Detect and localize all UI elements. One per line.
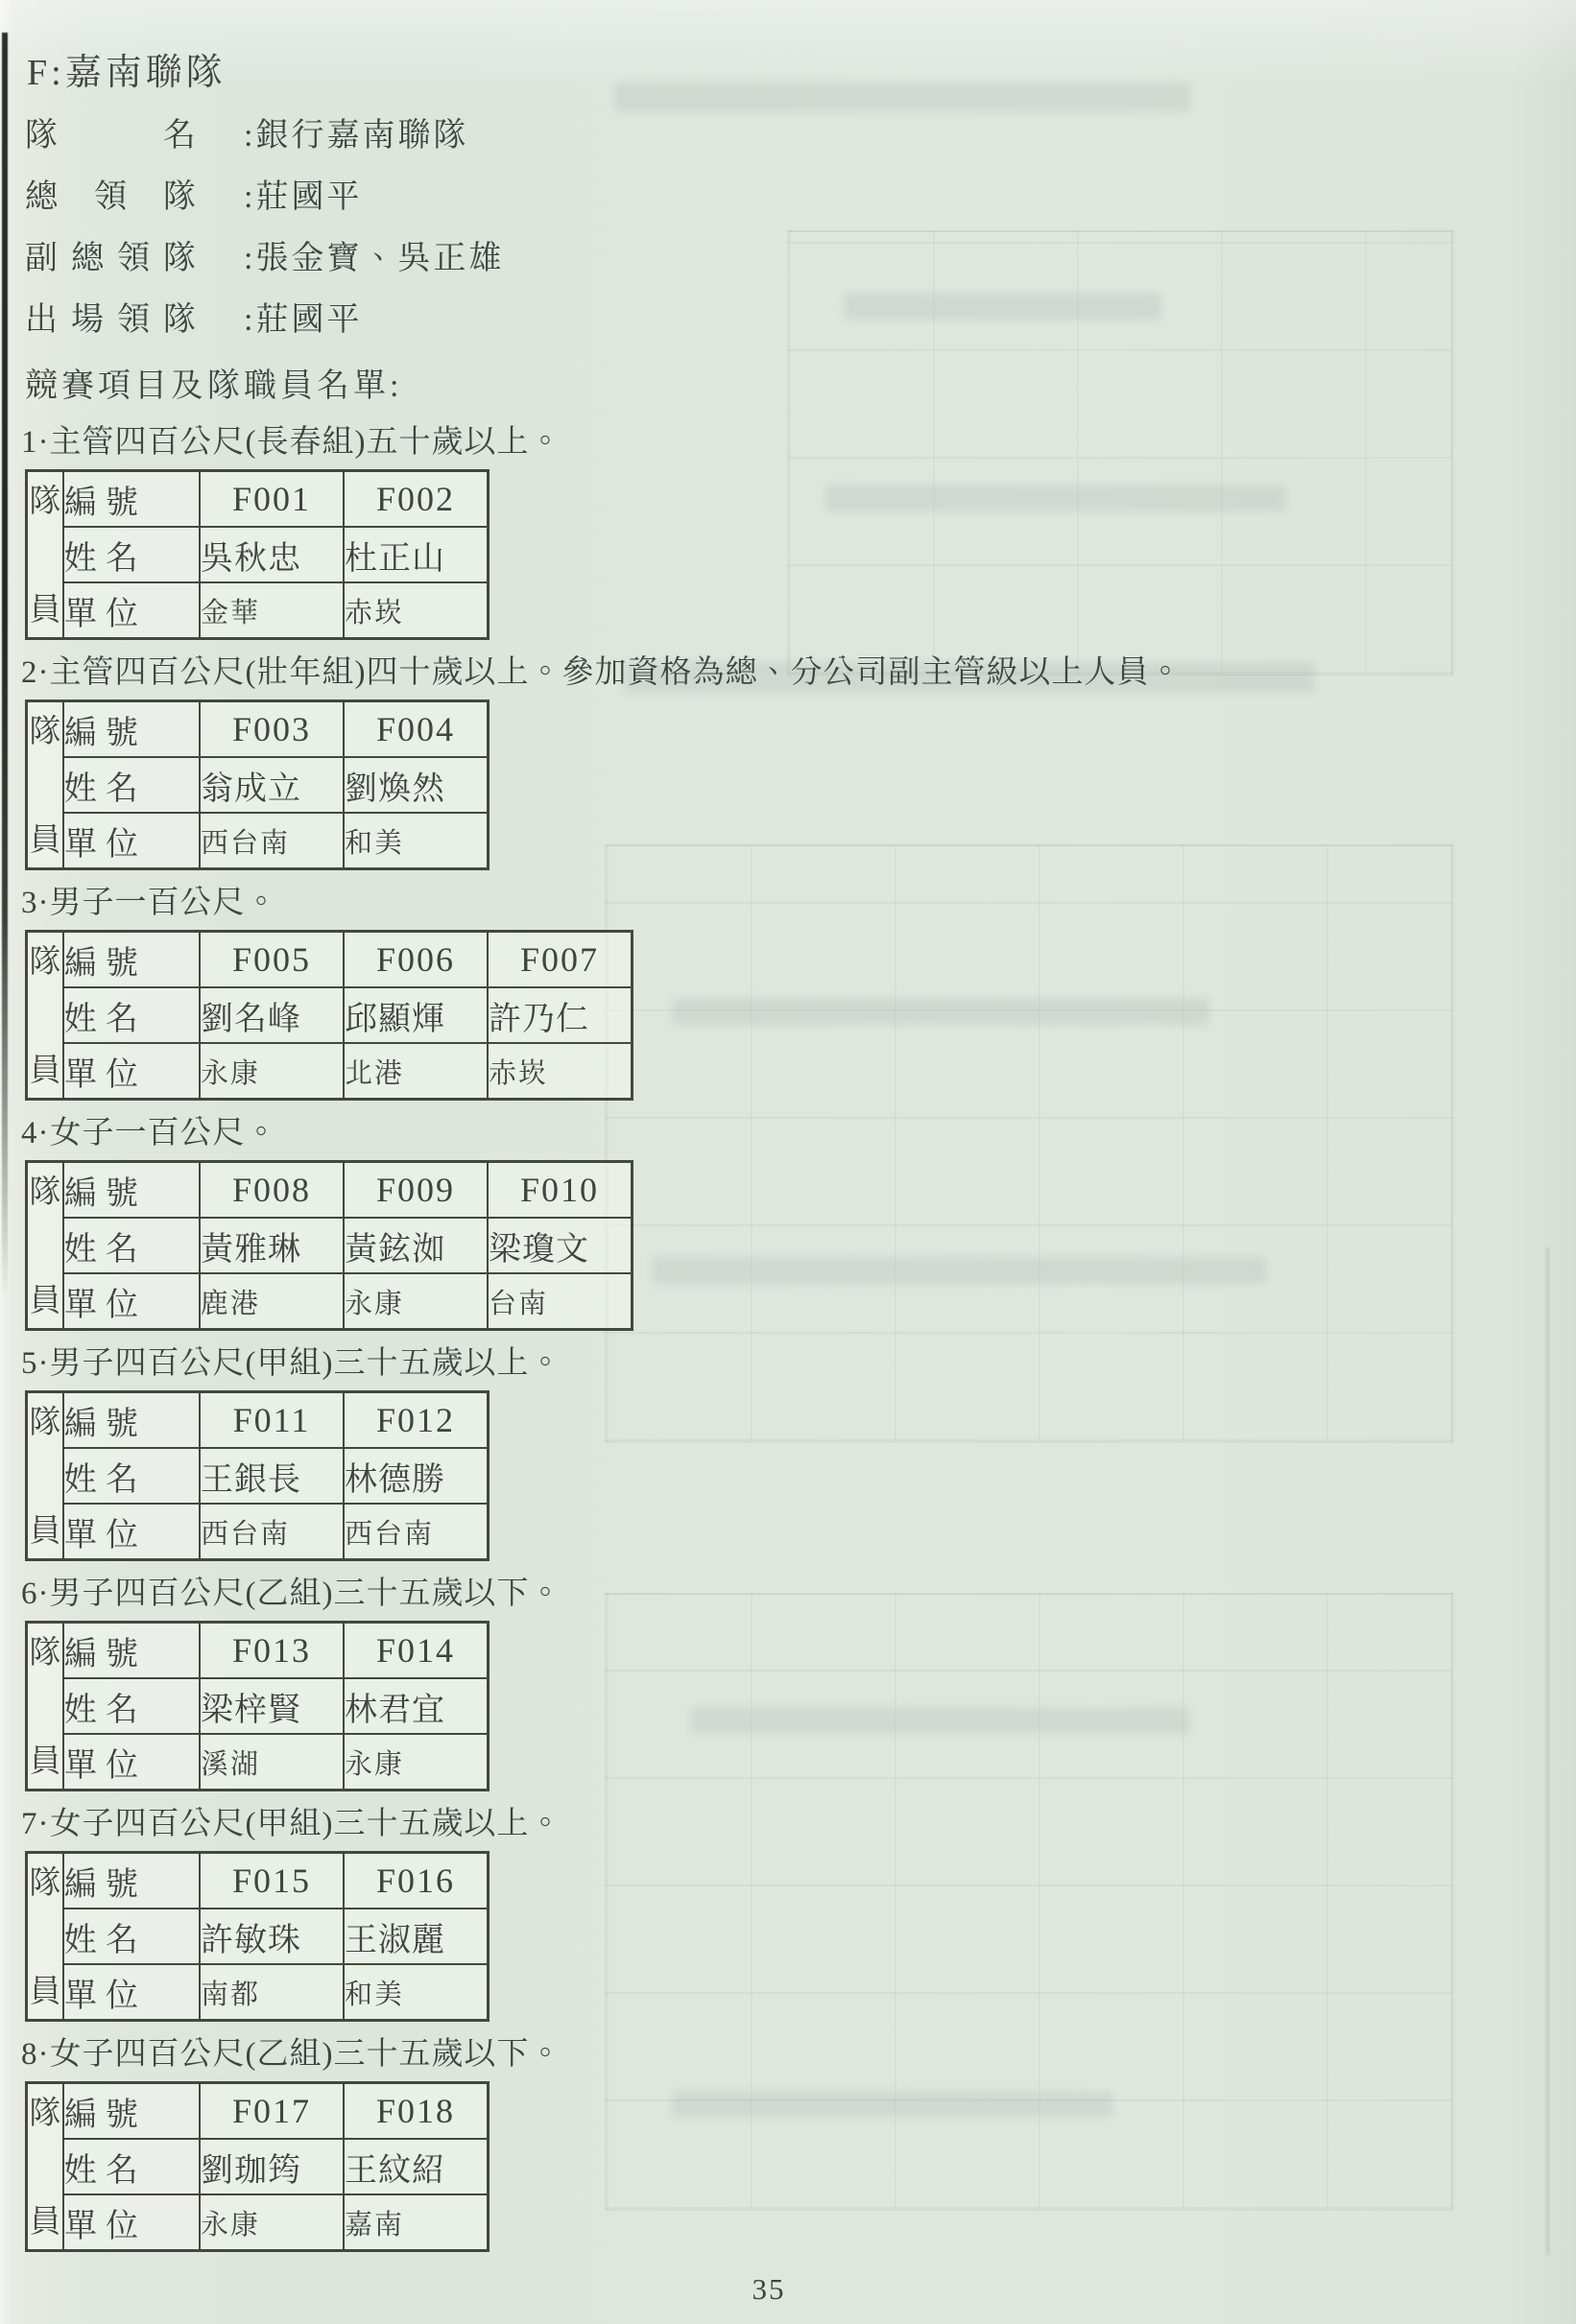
roster-table: 隊 員 編號 F013F014 姓名 梁梓賢林君宜 單位 溪湖永康 [25,1621,490,1791]
entry-id-cell: F006 [344,932,488,988]
row-label-unit: 單位 [63,1043,200,1100]
entry-unit-cell: 西台南 [200,1504,344,1560]
entry-unit-cell: 和美 [344,1964,489,2021]
entry-unit-cell: 西台南 [200,813,344,869]
event-heading: 8·女子四百公尺(乙組)三十五歲以下。 [21,2035,1538,2074]
header-field-row: 出場領隊 :莊國平 [25,293,1538,354]
event-heading: 3·男子一百公尺。 [21,884,1538,922]
entry-id-cell: F011 [200,1392,344,1449]
name-row: 姓名 王銀長林德勝 [27,1448,489,1504]
name-row: 姓名 劉名峰邱顯煇許乃仁 [27,987,633,1043]
entry-name-cell: 翁成立 [200,757,344,813]
row-label-unit: 單位 [63,1504,200,1560]
id-row: 隊 員 編號 F013F014 [27,1623,489,1679]
entry-unit-cell: 溪湖 [200,1734,344,1790]
entry-unit-cell: 嘉南 [344,2194,489,2251]
unit-row: 單位 鹿港永康台南 [27,1273,633,1330]
team-member-stack: 隊 員 [28,1393,62,1558]
entry-id-cell: F014 [344,1623,489,1679]
event-section: 1·主管四百公尺(長春組)五十歲以上。 隊 員 編號 F001F002 姓名 吳… [25,423,1538,640]
event-heading: 2·主管四百公尺(壯年組)四十歲以上。參加資格為總、分公司副主管級以上人員。 [21,653,1538,692]
event-sections: 1·主管四百公尺(長春組)五十歲以上。 隊 員 編號 F001F002 姓名 吳… [25,423,1538,2252]
row-label-id: 編號 [63,1162,200,1219]
name-row: 姓名 黃雅琳黃鉉洳梁瓊文 [27,1218,633,1273]
unit-row: 單位 永康嘉南 [27,2194,489,2251]
entry-name-cell: 許敏珠 [200,1909,344,1964]
event-section: 3·男子一百公尺。 隊 員 編號 F005F006F007 姓名 劉名峰邱顯煇許… [25,884,1538,1101]
event-heading: 4·女子一百公尺。 [21,1114,1538,1152]
id-row: 隊 員 編號 F003F004 [27,701,489,758]
entry-name-cell: 林君宜 [344,1678,489,1734]
row-label-unit: 單位 [63,2194,200,2251]
row-label-unit: 單位 [63,813,200,869]
entry-id-cell: F004 [344,701,489,758]
entry-id-cell: F015 [200,1853,344,1909]
member-char: 員 [30,1045,61,1090]
team-section-title: F:嘉南聯隊 [27,42,1538,95]
team-member-label-cell: 隊 員 [27,1162,64,1330]
member-char: 員 [30,1506,61,1551]
entry-name-cell: 杜正山 [344,527,489,582]
team-member-stack: 隊 員 [28,1163,62,1328]
entry-id-cell: F013 [200,1623,344,1679]
id-row: 隊 員 編號 F001F002 [27,471,489,528]
row-label-name: 姓名 [63,2139,200,2194]
entry-name-cell: 劉煥然 [344,757,489,813]
member-char: 員 [30,1275,61,1320]
event-heading: 1·主管四百公尺(長春組)五十歲以上。 [21,423,1538,462]
entry-id-cell: F008 [200,1162,344,1219]
entry-unit-cell: 赤崁 [344,582,489,639]
roster-list-heading: 競賽項目及隊職員名單: [25,354,1538,410]
row-label-id: 編號 [63,1392,200,1449]
row-label-id: 編號 [63,471,200,528]
row-label-id: 編號 [63,1623,200,1679]
entry-unit-cell: 永康 [200,1043,344,1100]
member-char: 員 [30,1966,61,2011]
team-char: 隊 [30,2088,61,2133]
scanned-document-page: { "page": { "title": "F:嘉南聯隊", "roster_h… [0,0,1576,2324]
entry-name-cell: 許乃仁 [488,987,633,1043]
unit-row: 單位 西台南和美 [27,813,489,869]
unit-row: 單位 永康北港赤崁 [27,1043,633,1100]
row-label-name: 姓名 [63,1909,200,1964]
member-char: 員 [30,2196,61,2241]
row-label-name: 姓名 [63,527,200,582]
entry-id-cell: F003 [200,701,344,758]
row-label-name: 姓名 [63,1218,200,1273]
team-member-stack: 隊 員 [28,1624,62,1789]
team-member-stack: 隊 員 [28,2084,62,2249]
header-field-row: 隊名 :銀行嘉南聯隊 [25,108,1538,170]
id-row: 隊 員 編號 F008F009F010 [27,1162,633,1219]
entry-unit-cell: 南都 [200,1964,344,2021]
event-section: 2·主管四百公尺(壯年組)四十歲以上。參加資格為總、分公司副主管級以上人員。 隊… [25,653,1538,870]
entry-id-cell: F012 [344,1392,489,1449]
entry-name-cell: 黃雅琳 [200,1218,344,1273]
team-member-label-cell: 隊 員 [27,1853,64,2021]
row-label-name: 姓名 [63,987,200,1043]
page-number: 35 [0,2272,1538,2307]
roster-table: 隊 員 編號 F015F016 姓名 許敏珠王淑麗 單位 南都和美 [25,1851,490,2022]
event-heading: 5·男子四百公尺(甲組)三十五歲以上。 [21,1344,1538,1383]
team-member-label-cell: 隊 員 [27,1623,64,1790]
entry-unit-cell: 金華 [200,582,344,639]
roster-table: 隊 員 編號 F011F012 姓名 王銀長林德勝 單位 西台南西台南 [25,1390,490,1561]
entry-unit-cell: 赤崁 [488,1043,633,1100]
event-heading: 6·男子四百公尺(乙組)三十五歲以下。 [21,1575,1538,1613]
team-member-stack: 隊 員 [28,933,62,1098]
name-row: 姓名 許敏珠王淑麗 [27,1909,489,1964]
id-row: 隊 員 編號 F011F012 [27,1392,489,1449]
page-content: F:嘉南聯隊 隊名 :銀行嘉南聯隊 總領隊 :莊國平 副總領隊 :張金寶、吳正雄… [0,0,1576,2252]
entry-id-cell: F009 [344,1162,488,1219]
team-member-label-cell: 隊 員 [27,701,64,869]
entry-name-cell: 黃鉉洳 [344,1218,488,1273]
entry-unit-cell: 和美 [344,813,489,869]
entry-unit-cell: 鹿港 [200,1273,344,1330]
entry-name-cell: 邱顯煇 [344,987,488,1043]
entry-name-cell: 吳秋忠 [200,527,344,582]
event-section: 7·女子四百公尺(甲組)三十五歲以上。 隊 員 編號 F015F016 姓名 許… [25,1805,1538,2022]
entry-unit-cell: 北港 [344,1043,488,1100]
row-label-id: 編號 [63,701,200,758]
name-row: 姓名 劉珈筠王紋紹 [27,2139,489,2194]
member-char: 員 [30,815,61,860]
roster-table: 隊 員 編號 F008F009F010 姓名 黃雅琳黃鉉洳梁瓊文 單位 鹿港永康… [25,1160,633,1331]
member-char: 員 [30,1736,61,1781]
entry-unit-cell: 台南 [488,1273,633,1330]
entry-name-cell: 王銀長 [200,1448,344,1504]
header-field-row: 副總領隊 :張金寶、吳正雄 [25,231,1538,293]
team-char: 隊 [30,1858,61,1903]
row-label-unit: 單位 [63,582,200,639]
roster-table: 隊 員 編號 F003F004 姓名 翁成立劉煥然 單位 西台南和美 [25,700,490,870]
unit-row: 單位 南都和美 [27,1964,489,2021]
id-row: 隊 員 編號 F005F006F007 [27,932,633,988]
field-value: :銀行嘉南聯隊 [244,108,468,155]
team-member-label-cell: 隊 員 [27,932,64,1100]
entry-id-cell: F016 [344,1853,489,1909]
team-char: 隊 [30,1397,61,1442]
roster-table: 隊 員 編號 F017F018 姓名 劉珈筠王紋紹 單位 永康嘉南 [25,2081,490,2252]
entry-name-cell: 王紋紹 [344,2139,489,2194]
entry-name-cell: 梁梓賢 [200,1678,344,1734]
entry-unit-cell: 永康 [344,1273,488,1330]
field-label: 總領隊 [25,170,196,217]
row-label-id: 編號 [63,932,200,988]
unit-row: 單位 金華赤崁 [27,582,489,639]
name-row: 姓名 吳秋忠杜正山 [27,527,489,582]
row-label-id: 編號 [63,1853,200,1909]
entry-id-cell: F018 [344,2083,489,2140]
field-label: 副總領隊 [25,231,196,278]
name-row: 姓名 梁梓賢林君宜 [27,1678,489,1734]
field-label: 隊名 [25,108,196,155]
header-field-row: 總領隊 :莊國平 [25,170,1538,231]
entry-unit-cell: 西台南 [344,1504,489,1560]
team-header-fields: 隊名 :銀行嘉南聯隊 總領隊 :莊國平 副總領隊 :張金寶、吳正雄 出場領隊 :… [25,108,1538,354]
team-member-label-cell: 隊 員 [27,1392,64,1560]
id-row: 隊 員 編號 F015F016 [27,1853,489,1909]
entry-name-cell: 王淑麗 [344,1909,489,1964]
field-value: :莊國平 [244,170,362,217]
entry-name-cell: 劉名峰 [200,987,344,1043]
id-row: 隊 員 編號 F017F018 [27,2083,489,2140]
entry-id-cell: F005 [200,932,344,988]
entry-id-cell: F001 [200,471,344,528]
roster-table: 隊 員 編號 F005F006F007 姓名 劉名峰邱顯煇許乃仁 單位 永康北港… [25,930,633,1101]
entry-unit-cell: 永康 [344,1734,489,1790]
entry-unit-cell: 永康 [200,2194,344,2251]
event-section: 5·男子四百公尺(甲組)三十五歲以上。 隊 員 編號 F011F012 姓名 王… [25,1344,1538,1561]
name-row: 姓名 翁成立劉煥然 [27,757,489,813]
field-value: :張金寶、吳正雄 [244,231,504,278]
team-member-label-cell: 隊 員 [27,2083,64,2251]
member-char: 員 [30,584,61,629]
row-label-unit: 單位 [63,1734,200,1790]
team-char: 隊 [30,1627,61,1672]
unit-row: 單位 溪湖永康 [27,1734,489,1790]
event-heading: 7·女子四百公尺(甲組)三十五歲以上。 [21,1805,1538,1843]
team-char: 隊 [30,937,61,982]
team-char: 隊 [30,1167,61,1212]
event-section: 6·男子四百公尺(乙組)三十五歲以下。 隊 員 編號 F013F014 姓名 梁… [25,1575,1538,1791]
row-label-name: 姓名 [63,1678,200,1734]
team-member-label-cell: 隊 員 [27,471,64,639]
row-label-id: 編號 [63,2083,200,2140]
entry-id-cell: F002 [344,471,489,528]
event-section: 4·女子一百公尺。 隊 員 編號 F008F009F010 姓名 黃雅琳黃鉉洳梁… [25,1114,1538,1331]
team-member-stack: 隊 員 [28,472,62,637]
unit-row: 單位 西台南西台南 [27,1504,489,1560]
row-label-unit: 單位 [63,1964,200,2021]
field-value: :莊國平 [244,293,362,340]
row-label-unit: 單位 [63,1273,200,1330]
entry-id-cell: F017 [200,2083,344,2140]
team-char: 隊 [30,706,61,751]
team-member-stack: 隊 員 [28,1854,62,2019]
entry-id-cell: F010 [488,1162,633,1219]
entry-name-cell: 梁瓊文 [488,1218,633,1273]
team-char: 隊 [30,476,61,521]
entry-name-cell: 劉珈筠 [200,2139,344,2194]
row-label-name: 姓名 [63,1448,200,1504]
roster-table: 隊 員 編號 F001F002 姓名 吳秋忠杜正山 單位 金華赤崁 [25,469,490,640]
row-label-name: 姓名 [63,757,200,813]
entry-id-cell: F007 [488,932,633,988]
entry-name-cell: 林德勝 [344,1448,489,1504]
field-label: 出場領隊 [25,293,196,340]
event-section: 8·女子四百公尺(乙組)三十五歲以下。 隊 員 編號 F017F018 姓名 劉… [25,2035,1538,2252]
team-member-stack: 隊 員 [28,702,62,867]
